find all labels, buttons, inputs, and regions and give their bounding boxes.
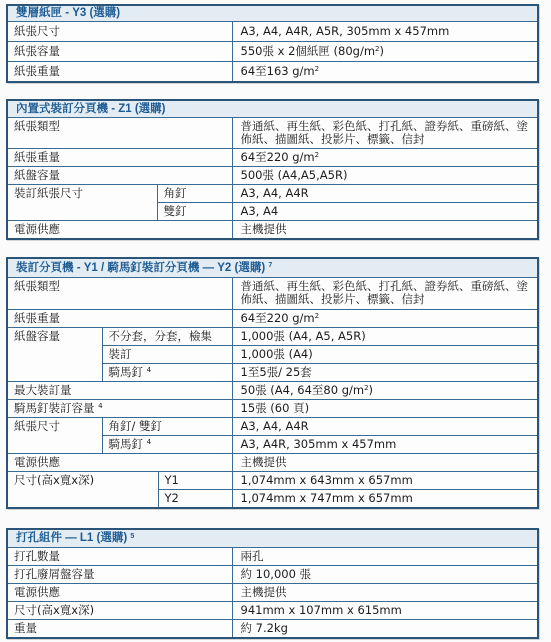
row-label: 打孔數量 — [7, 548, 232, 566]
table-row: 紙張重量 64至163 g/m2 — [7, 62, 538, 83]
row-value: 64至220 g/m2 — [232, 310, 538, 328]
row-value: 1,000張 (A4) — [232, 346, 538, 364]
row-label: 裝訂紙張尺寸 — [7, 185, 157, 221]
row-sublabel: 不分套，分套，檢集 — [102, 328, 232, 346]
table-row: 紙張容量 550張 x 2個紙匣 (80g/m2) — [7, 42, 538, 62]
section-title: 裝訂分頁機 - Y1 / 騎馬釘裝訂分頁機 — Y2 (選購) 7 — [7, 258, 538, 278]
row-value: 500張 (A4,A5,A5R) — [232, 167, 538, 185]
row-sublabel: Y2 — [158, 490, 232, 509]
table-row: 尺寸(高x寬x深) Y1 1,074mm x 643mm x 657mm — [7, 472, 538, 490]
row-label: 紙張容量 — [7, 42, 232, 62]
inner-finisher-spec-table: 內置式裝訂分頁機 - Z1 (選購) 紙張類型 普通紙、再生紙、彩色紙、打孔紙、… — [6, 99, 539, 240]
row-label: 電源供應 — [7, 454, 232, 472]
table-row: 紙盤容量 不分套，分套，檢集 1,000張 (A4, A5, A5R) — [7, 328, 538, 346]
row-label: 紙張類型 — [7, 278, 232, 310]
row-label: 電源供應 — [7, 221, 232, 240]
row-label: 紙張尺寸 — [7, 418, 102, 454]
row-value: 1,000張 (A4, A5, A5R) — [232, 328, 538, 346]
table-row: 裝訂紙張尺寸 角釘 A3, A4, A4R — [7, 185, 538, 203]
row-sublabel: 角釘/ 雙釘 — [102, 418, 232, 436]
row-value: 兩孔 — [232, 548, 538, 566]
row-value: 1,074mm x 643mm x 657mm — [232, 472, 538, 490]
row-value: 1,074mm x 747mm x 657mm — [232, 490, 538, 509]
row-value: 1至5張/ 25套 — [232, 364, 538, 382]
table-row: 電源供應 主機提供 — [7, 454, 538, 472]
row-label: 騎馬釘裝訂容量 4 — [7, 400, 232, 418]
row-value: 約 10,000 張 — [232, 566, 538, 584]
table-row: 紙張類型 普通紙、再生紙、彩色紙、打孔紙、證券紙、重磅紙、塗佈紙、描圖紙、投影片… — [7, 118, 538, 149]
row-value: 主機提供 — [232, 454, 538, 472]
row-sublabel: Y1 — [158, 472, 232, 490]
row-label: 紙張尺寸 — [7, 22, 232, 42]
table-row: 重量 約 7.2kg — [7, 620, 538, 639]
row-value: 主機提供 — [232, 584, 538, 602]
table-row: 紙盤容量 500張 (A4,A5,A5R) — [7, 167, 538, 185]
table-row: 紙張類型 普通紙、再生紙、彩色紙、打孔紙、證券紙、重磅紙、塗佈紙、描圖紙、投影片… — [7, 278, 538, 310]
table-header: 內置式裝訂分頁機 - Z1 (選購) — [7, 100, 538, 118]
finisher-y1-y2-spec-table: 裝訂分頁機 - Y1 / 騎馬釘裝訂分頁機 — Y2 (選購) 7 紙張類型 普… — [6, 257, 539, 509]
row-sublabel: 角釘 — [157, 185, 232, 203]
row-sublabel: 雙釘 — [157, 203, 232, 221]
table-row: 紙張尺寸 A3, A4, A4R, A5R, 305mm x 457mm — [7, 22, 538, 42]
row-label: 紙張重量 — [7, 62, 232, 83]
row-label: 重量 — [7, 620, 232, 639]
table-row: 騎馬釘裝訂容量 4 15張 (60 頁) — [7, 400, 538, 418]
table-row: 打孔數量 兩孔 — [7, 548, 538, 566]
row-label: 電源供應 — [7, 584, 232, 602]
row-value: A3, A4, A4R — [232, 418, 538, 436]
row-value: A3, A4, A4R — [232, 185, 538, 203]
punch-kit-spec-table: 打孔組件 — L1 (選購) 5 打孔數量 兩孔 打孔廢屑盤容量 約 10,00… — [6, 528, 539, 639]
table-row: 電源供應 主機提供 — [7, 584, 538, 602]
row-label: 打孔廢屑盤容量 — [7, 566, 232, 584]
row-value: A3, A4R, 305mm x 457mm — [232, 436, 538, 454]
row-value: 550張 x 2個紙匣 (80g/m2) — [232, 42, 538, 62]
section-title: 打孔組件 — L1 (選購) 5 — [7, 529, 538, 548]
table-header: 打孔組件 — L1 (選購) 5 — [7, 529, 538, 548]
row-value: 普通紙、再生紙、彩色紙、打孔紙、證券紙、重磅紙、塗佈紙、描圖紙、投影片、標籤、信… — [232, 278, 538, 310]
row-label: 尺寸(高x寬x深) — [7, 472, 158, 509]
row-sublabel: 騎馬釘 4 — [102, 364, 232, 382]
row-label: 紙盤容量 — [7, 167, 232, 185]
row-value: A3, A4, A4R, A5R, 305mm x 457mm — [232, 22, 538, 42]
section-title: 雙層紙匣 - Y3 (選購) — [7, 5, 538, 22]
row-value: 普通紙、再生紙、彩色紙、打孔紙、證券紙、重磅紙、塗佈紙、描圖紙、投影片、標籤、信… — [232, 118, 538, 149]
row-sublabel: 騎馬釘 4 — [102, 436, 232, 454]
row-value: 主機提供 — [232, 221, 538, 240]
table-row: 紙張重量 64至220 g/m2 — [7, 149, 538, 167]
table-header: 雙層紙匣 - Y3 (選購) — [7, 5, 538, 22]
row-value: 64至220 g/m2 — [232, 149, 538, 167]
row-value: A3, A4 — [232, 203, 538, 221]
table-row: 最大裝訂量 50張 (A4, 64至80 g/m2) — [7, 382, 538, 400]
section-title: 內置式裝訂分頁機 - Z1 (選購) — [7, 100, 538, 118]
row-label: 紙張重量 — [7, 149, 232, 167]
row-label: 紙張類型 — [7, 118, 232, 149]
row-value: 50張 (A4, 64至80 g/m2) — [232, 382, 538, 400]
row-label: 最大裝訂量 — [7, 382, 232, 400]
table-row: 打孔廢屑盤容量 約 10,000 張 — [7, 566, 538, 584]
table-row: 電源供應 主機提供 — [7, 221, 538, 240]
row-value: 約 7.2kg — [232, 620, 538, 639]
row-value: 941mm x 107mm x 615mm — [232, 602, 538, 620]
row-label: 紙張重量 — [7, 310, 232, 328]
row-value: 15張 (60 頁) — [232, 400, 538, 418]
table-header: 裝訂分頁機 - Y1 / 騎馬釘裝訂分頁機 — Y2 (選購) 7 — [7, 258, 538, 278]
row-sublabel: 裝訂 — [102, 346, 232, 364]
row-label: 紙盤容量 — [7, 328, 102, 382]
table-row: 紙張重量 64至220 g/m2 — [7, 310, 538, 328]
duplex-tray-spec-table: 雙層紙匣 - Y3 (選購) 紙張尺寸 A3, A4, A4R, A5R, 30… — [6, 4, 539, 83]
row-label: 尺寸(高x寬x深) — [7, 602, 232, 620]
table-row: 尺寸(高x寬x深) 941mm x 107mm x 615mm — [7, 602, 538, 620]
row-value: 64至163 g/m2 — [232, 62, 538, 83]
table-row: 紙張尺寸 角釘/ 雙釘 A3, A4, A4R — [7, 418, 538, 436]
